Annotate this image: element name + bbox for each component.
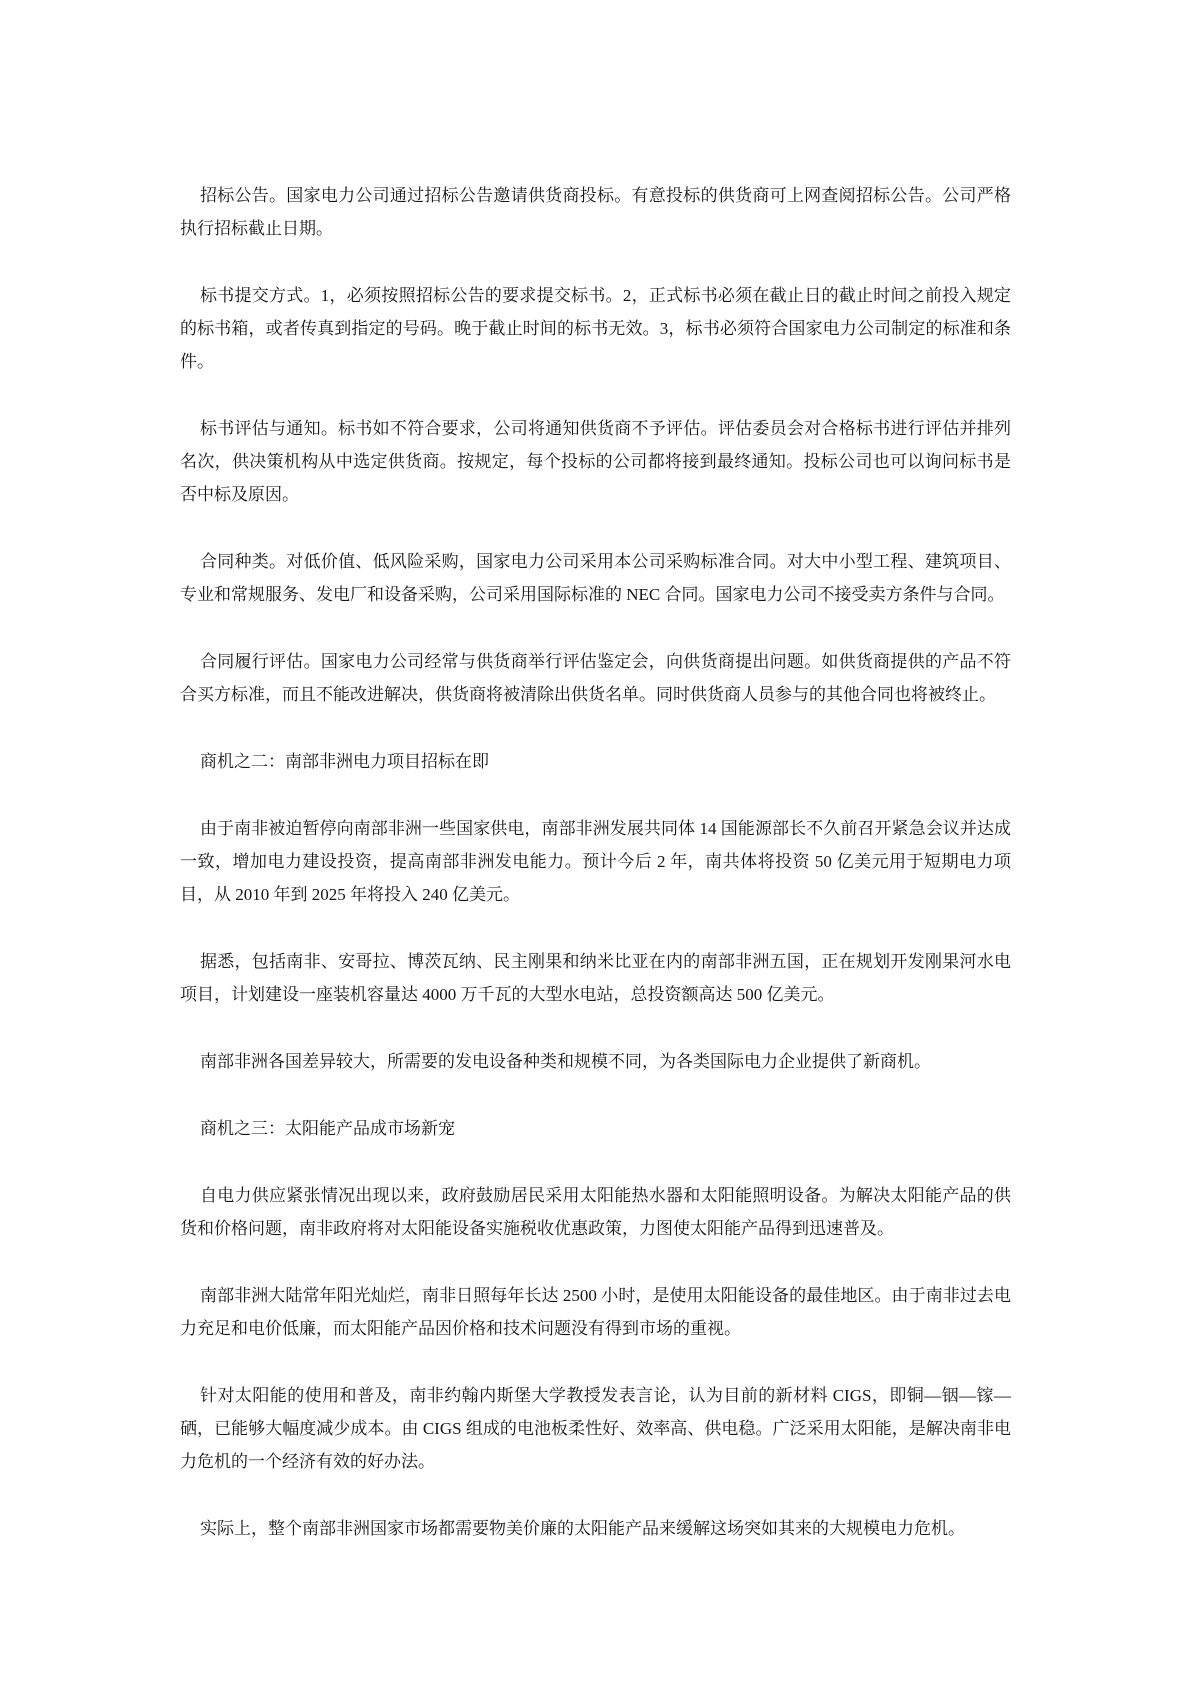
- paragraph: 据悉，包括南非、安哥拉、博茨瓦纳、民主刚果和纳米比亚在内的南部非洲五国，正在规划…: [180, 945, 1011, 1011]
- section-heading: 商机之三：太阳能产品成市场新宠: [180, 1112, 1011, 1145]
- document-body: 招标公告。国家电力公司通过招标公告邀请供货商投标。有意投标的供货商可上网查阅招标…: [0, 0, 1191, 1605]
- paragraph: 合同履行评估。国家电力公司经常与供货商举行评估鉴定会，向供货商提出问题。如供货商…: [180, 645, 1011, 711]
- paragraph: 标书提交方式。1，必须按照招标公告的要求提交标书。2，正式标书必须在截止日的截止…: [180, 279, 1011, 378]
- paragraph: 标书评估与通知。标书如不符合要求，公司将通知供货商不予评估。评估委员会对合格标书…: [180, 412, 1011, 511]
- paragraph: 招标公告。国家电力公司通过招标公告邀请供货商投标。有意投标的供货商可上网查阅招标…: [180, 179, 1011, 245]
- paragraph: 合同种类。对低价值、低风险采购，国家电力公司采用本公司采购标准合同。对大中小型工…: [180, 545, 1011, 611]
- section-heading: 商机之二：南部非洲电力项目招标在即: [180, 745, 1011, 778]
- paragraph: 实际上，整个南部非洲国家市场都需要物美价廉的太阳能产品来缓解这场突如其来的大规模…: [180, 1512, 1011, 1545]
- paragraph: 由于南非被迫暂停向南部非洲一些国家供电，南部非洲发展共同体 14 国能源部长不久…: [180, 812, 1011, 911]
- paragraph: 南部非洲各国差异较大，所需要的发电设备种类和规模不同，为各类国际电力企业提供了新…: [180, 1045, 1011, 1078]
- paragraph: 南部非洲大陆常年阳光灿烂，南非日照每年长达 2500 小时，是使用太阳能设备的最…: [180, 1279, 1011, 1345]
- paragraph: 自电力供应紧张情况出现以来，政府鼓励居民采用太阳能热水器和太阳能照明设备。为解决…: [180, 1179, 1011, 1245]
- document-page: 招标公告。国家电力公司通过招标公告邀请供货商投标。有意投标的供货商可上网查阅招标…: [0, 0, 1191, 1685]
- paragraph: 针对太阳能的使用和普及，南非约翰内斯堡大学教授发表言论，认为目前的新材料 CIG…: [180, 1379, 1011, 1478]
